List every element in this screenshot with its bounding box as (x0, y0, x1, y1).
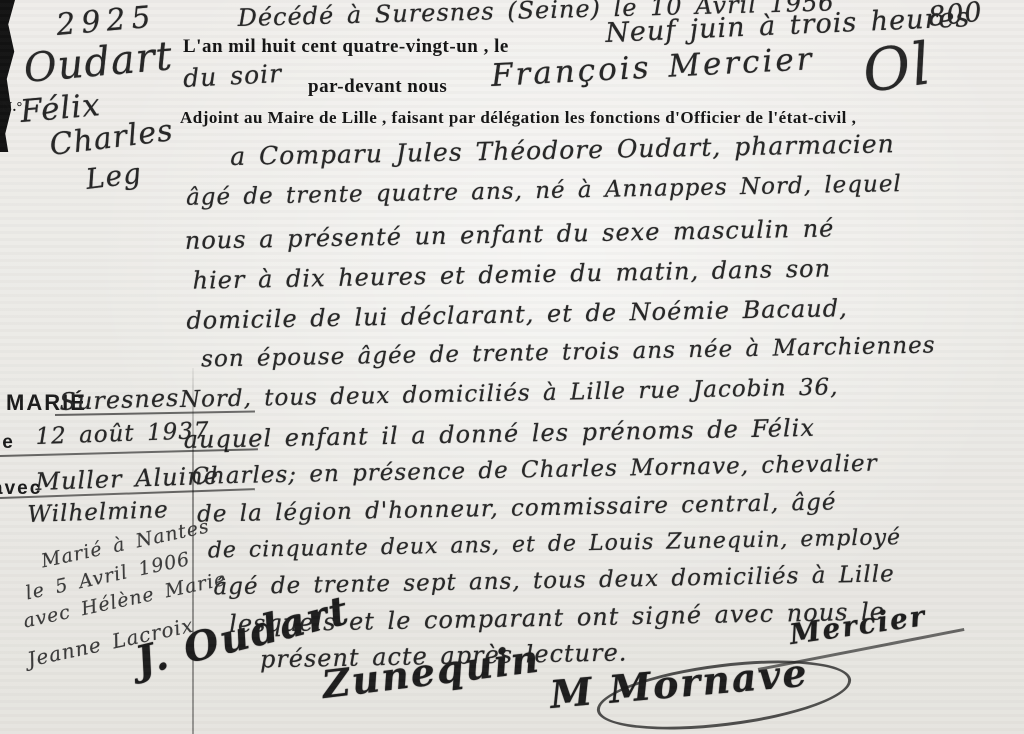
body-line: Charles; en présence de Charles Mornave,… (191, 451, 878, 490)
hw-du-soir: du soir (182, 59, 282, 93)
officer-paraph-flourish: Ol (859, 29, 936, 106)
marriage-stamp-le-label: le (0, 432, 15, 454)
body-line: de cinquante deux ans, et de Louis Zuneq… (208, 525, 902, 563)
body-line: nous a présenté un enfant du sexe mascul… (185, 214, 835, 254)
hw-officer-name: François Mercier (490, 41, 815, 94)
body-line: Nord, tous deux domiciliés à Lille rue J… (180, 374, 839, 413)
margin-surname: Oudart (22, 33, 175, 92)
body-line: a Comparu Jules Théodore Oudart, pharmac… (230, 129, 895, 171)
body-line: hier à dix heures et demie du matin, dan… (192, 254, 831, 294)
register-page-scan: Décédé à Suresnes (Seine) le 10 Avril 19… (0, 0, 1024, 734)
body-line: son épouse âgée de trente trois ans née … (201, 332, 936, 372)
body-line: âgé de trente quatre ans, né à Annappes … (186, 171, 902, 211)
printed-before-us: par-devant nous (308, 76, 447, 98)
body-line: domicile de lui déclarant, et de Noémie … (186, 294, 848, 335)
scan-edge-artifact (0, 0, 15, 152)
printed-year-line: L'an mil huit cent quatre-vingt-un , le (183, 36, 509, 58)
printed-officer-title: Adjoint au Maire de Lille , faisant par … (180, 108, 856, 128)
body-line: de la légion d'honneur, commissaire cent… (197, 489, 837, 527)
marriage-stamp-spouse2: Wilhelmine (27, 497, 169, 528)
margin-leg-abbrev: Leg (84, 156, 144, 196)
body-line: auquel enfant il a donné les prénoms de … (183, 414, 815, 454)
